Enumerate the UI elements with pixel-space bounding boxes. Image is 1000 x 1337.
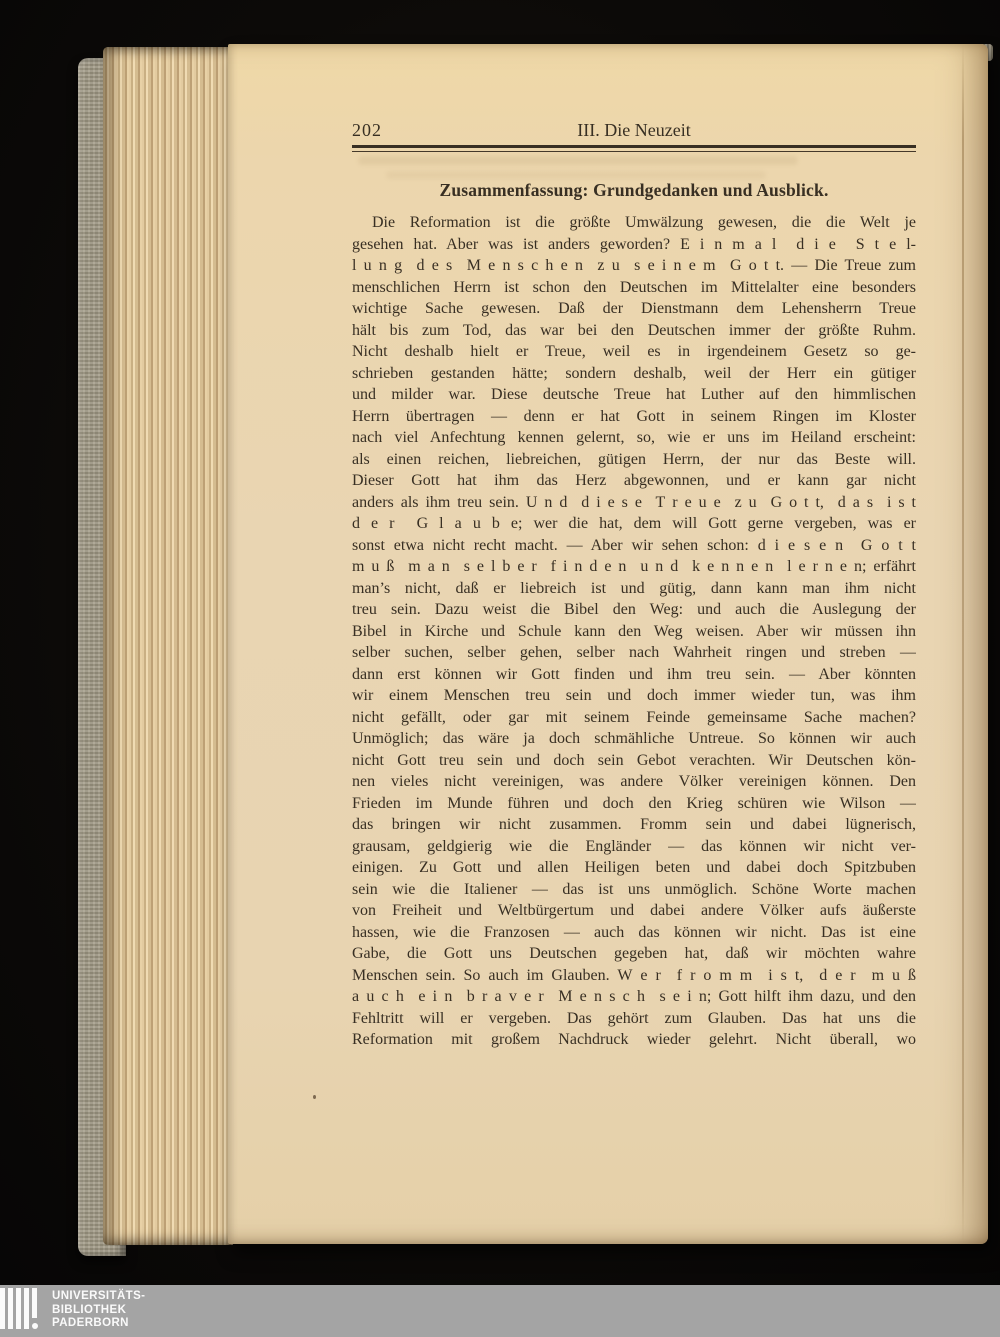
text-line: Menschen sein. So auch im Glauben. W e r… — [352, 965, 916, 987]
library-name-line: UNIVERSITÄTS- — [52, 1290, 145, 1304]
text-line: das bringen wir nicht zusammen. Fromm se… — [352, 814, 916, 836]
text-line: von Freiheit und Weltbürgertum und dabei… — [352, 900, 916, 922]
text-line: Herrn übertragen — denn er hat Gott in s… — [352, 406, 916, 428]
text-line: wichtige Sache gewesen. Daß der Dienstma… — [352, 298, 916, 320]
text-line: menschlichen Herrn ist schon den Deutsch… — [352, 277, 916, 299]
text-line: nen vieles nicht vereinigen, was andere … — [352, 771, 916, 793]
page-number: 202 — [352, 120, 382, 141]
text-line: und milder war. Diese deutsche Treue hat… — [352, 384, 916, 406]
text-line: gesehen hat. Aber was ist anders geworde… — [352, 234, 916, 256]
running-head: 202 III. Die Neuzeit — [352, 120, 916, 144]
library-name-line: BIBLIOTHEK — [52, 1304, 145, 1318]
library-name-line: PADERBORN — [52, 1317, 145, 1331]
running-header-title: III. Die Neuzeit — [577, 120, 690, 140]
book-page: 202 III. Die Neuzeit Zusammenfassung: Gr… — [228, 44, 988, 1244]
library-logo-icon — [0, 1288, 46, 1334]
section-heading: Zusammenfassung: Grundgedanken und Ausbl… — [352, 180, 916, 201]
text-line: man’s nicht, daß er liebreich ist und gü… — [352, 578, 916, 600]
text-line: d e r G l a u b e; wer die hat, dem will… — [352, 513, 916, 535]
text-line: nach viel Anfechtung kennen gelernt, so,… — [352, 427, 916, 449]
text-line: grausam, geldgierig wie die Engländer — … — [352, 836, 916, 858]
library-name: UNIVERSITÄTS-BIBLIOTHEKPADERBORN — [52, 1290, 145, 1331]
text-line: Unmöglich; das wäre ja doch schmähliche … — [352, 728, 916, 750]
text-line: sonst etwa nicht recht macht. — Aber wir… — [352, 535, 916, 557]
text-line: nicht gefällt, oder gar mit seinem Feind… — [352, 707, 916, 729]
text-line: Fehltritt will er vergeben. Das gehört z… — [352, 1008, 916, 1030]
text-line: wir einem Menschen treu sein und doch im… — [352, 685, 916, 707]
fanned-page-edges — [103, 47, 233, 1245]
text-line: m u ß m a n s e l b e r f i n d e n u n … — [352, 556, 916, 578]
text-line: Die Reformation ist die größte Umwälzung… — [352, 212, 916, 234]
text-line: Nicht deshalb hielt er Treue, weil es in… — [352, 341, 916, 363]
text-line: Frieden im Munde führen und doch den Kri… — [352, 793, 916, 815]
header-rule-thick — [352, 145, 916, 148]
text-line: selber suchen, selber gehen, selber nach… — [352, 642, 916, 664]
text-line: Bibel in Kirche und Schule kann den Weg … — [352, 621, 916, 643]
header-rule-thin — [352, 151, 916, 152]
text-line: sein wie die Italiener — das ist uns unm… — [352, 879, 916, 901]
library-watermark-bar: UNIVERSITÄTS-BIBLIOTHEKPADERBORN — [0, 1285, 1000, 1337]
text-line: als einen reichen, liebreichen, gütigen … — [352, 449, 916, 471]
show-through-ghost-text — [358, 156, 798, 165]
text-line: treu sein. Dazu weist die Bibel den Weg:… — [352, 599, 916, 621]
text-line: nicht Gott treu sein und doch sein Gebot… — [352, 750, 916, 772]
text-line: anders als ihm treu sein. U n d d i e s … — [352, 492, 916, 514]
text-line: einigen. Zu Gott und allen Heiligen bete… — [352, 857, 916, 879]
text-line: schrieben gestanden hätte; sondern desha… — [352, 363, 916, 385]
show-through-ghost-text — [386, 171, 766, 179]
text-line: dann erst können wir Gott finden und ihm… — [352, 664, 916, 686]
paper-speck — [313, 1095, 316, 1099]
text-line: Gabe, die Gott uns Deutschen gegeben hat… — [352, 943, 916, 965]
text-line: a u c h e i n b r a v e r M e n s c h s … — [352, 986, 916, 1008]
body-text: Die Reformation ist die größte Umwälzung… — [352, 212, 916, 1051]
spine-crease — [962, 44, 964, 1244]
text-line: l u n g d e s M e n s c h e n z u s e i … — [352, 255, 916, 277]
text-line: hassen, wie die Franzosen — auch das kön… — [352, 922, 916, 944]
book-scan-photo: 202 III. Die Neuzeit Zusammenfassung: Gr… — [0, 0, 1000, 1337]
text-line: Reformation mit großem Nachdruck wieder … — [352, 1029, 916, 1051]
text-line: hält bis zum Tod, das war bei den Deutsc… — [352, 320, 916, 342]
text-line: Dieser Gott hat ihm das Herz abgewonnen,… — [352, 470, 916, 492]
